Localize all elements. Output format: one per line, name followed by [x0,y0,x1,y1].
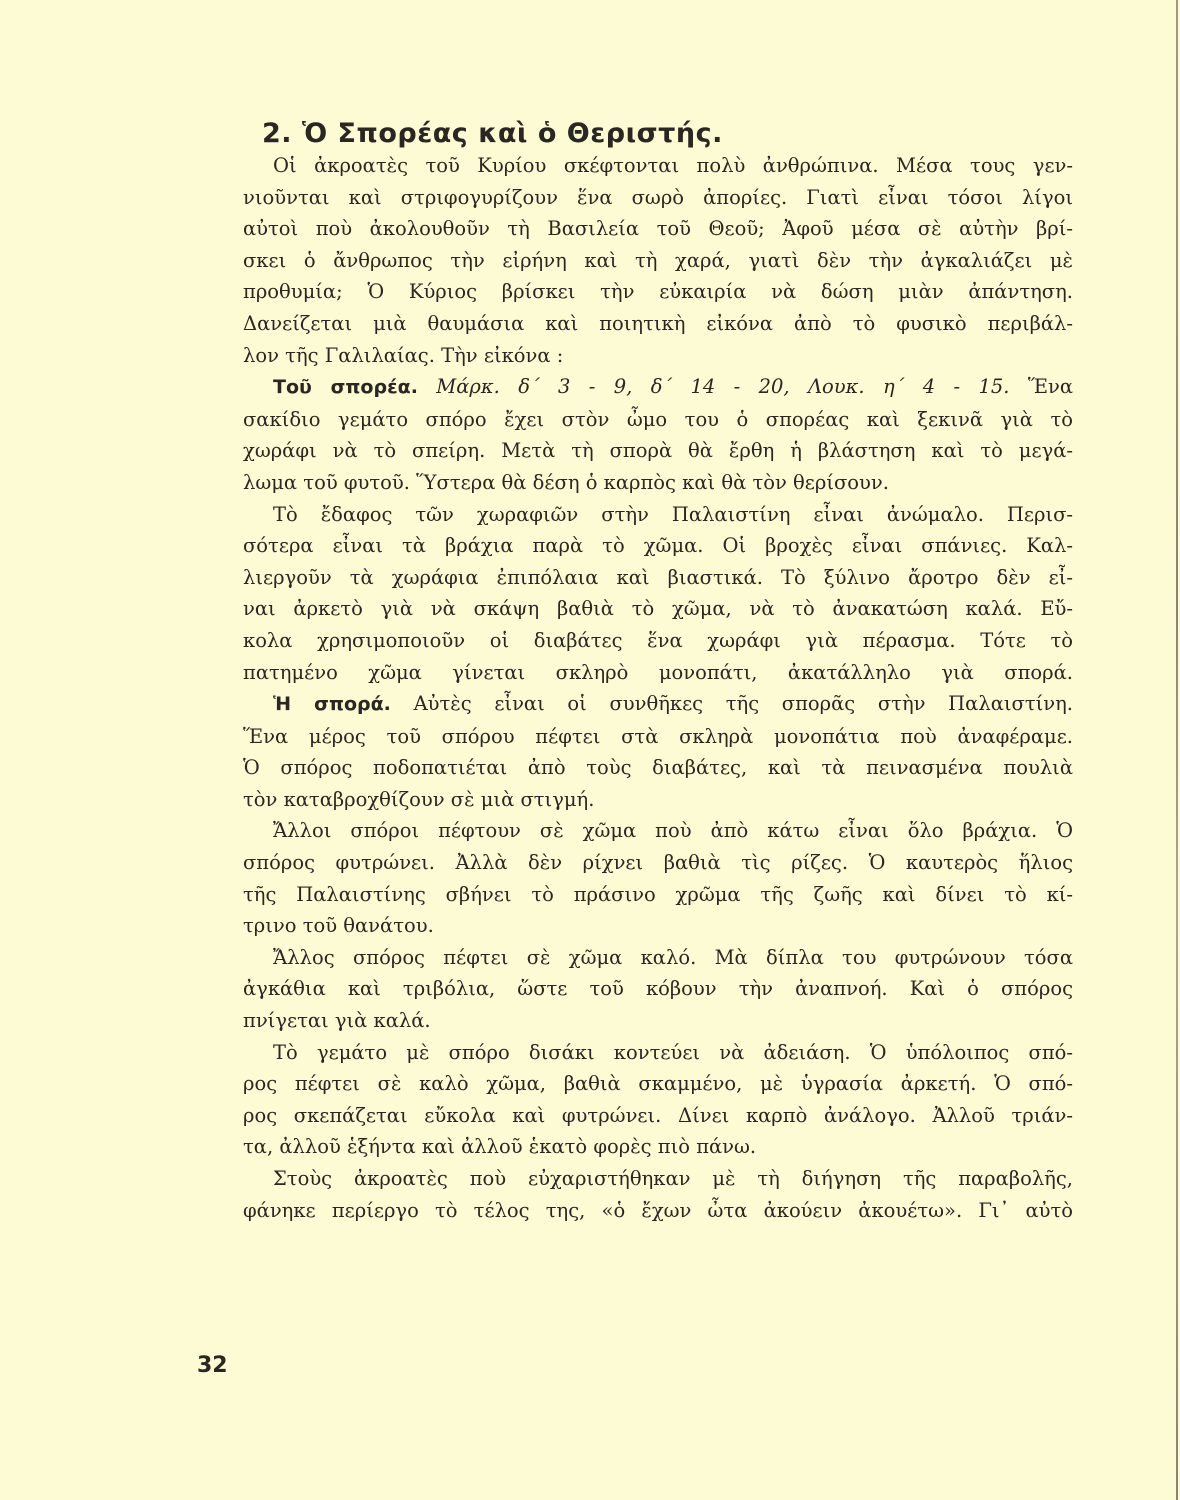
text-line: Ὁ σπόρος ποδοπατιέται ἀπὸ τοὺς διαβάτες,… [243,752,1073,784]
text-line: φάνηκε περίεργο τὸ τέλος της, «ὁ ἔχων ὦτ… [243,1195,1073,1227]
page-number: 32 [197,1353,228,1378]
text-line: αὐτοὶ ποὺ ἀκολουθοῦν τὴ Βασιλεία τοῦ Θεο… [243,213,1073,245]
runin-heading: Τοῦ σπορέα. [273,376,418,398]
text-line: τα, ἀλλοῦ ἑξήντα καὶ ἀλλοῦ ἑκατὸ φορὲς π… [243,1131,1073,1163]
text-fragment: Ἕνα [1028,375,1073,398]
text-line: σότερα εἶναι τὰ βράχια παρὰ τὸ χῶμα. Οἱ … [243,530,1073,562]
text-line: ρος πέφτει σὲ καλὸ χῶμα, βαθιὰ σκαμμένο,… [243,1068,1073,1100]
text-line: λωμα τοῦ φυτοῦ. Ὕστερα θὰ δέση ὁ καρπὸς … [243,467,1073,499]
body-text: Οἱ ἀκροατὲς τοῦ Κυρίου σκέφτονται πολὺ ἀ… [243,150,1073,1226]
text-line: σακίδιο γεμάτο σπόρο ἔχει στὸν ὦμο του ὁ… [243,404,1073,436]
text-line: ρος σκεπάζεται εὔκολα καὶ φυτρώνει. Δίνε… [243,1100,1073,1132]
text-line: κολα χρησιμοποιοῦν οἱ διαβάτες ἕνα χωράφ… [243,625,1073,657]
text-line: Ἕνα μέρος τοῦ σπόρου πέφτει στὰ σκληρὰ μ… [243,721,1073,753]
text-line: Τοῦ σπορέα. Μάρκ. δ΄ 3 - 9, δ΄ 14 - 20, … [243,371,1073,404]
paragraph: Ἄλλος σπόρος πέφτει σὲ χῶμα καλό. Μὰ δίπ… [243,942,1073,1037]
paragraph: Οἱ ἀκροατὲς τοῦ Κυρίου σκέφτονται πολὺ ἀ… [243,150,1073,371]
text-fragment: Αὐτὲς εἶναι οἱ συνθῆκες τῆς σπορᾶς στὴν … [414,692,1073,715]
text-line: πνίγεται γιὰ καλά. [243,1005,1073,1037]
paragraph: Ἄλλοι σπόροι πέφτουν σὲ χῶμα ποὺ ἀπὸ κάτ… [243,815,1073,941]
paragraph: Ἡ σπορά. Αὐτὲς εἶναι οἱ συνθῆκες τῆς σπο… [243,688,1073,815]
text-line: προθυμία; Ὁ Κύριος βρίσκει τὴν εὐκαιρία … [243,276,1073,308]
text-line: σκει ὁ ἄνθρωπος τὴν εἰρήνη καὶ τὴ χαρά, … [243,245,1073,277]
text-line: Ἄλλος σπόρος πέφτει σὲ χῶμα καλό. Μὰ δίπ… [243,942,1073,974]
text-line: τῆς Παλαιστίνης σβήνει τὸ πράσινο χρῶμα … [243,879,1073,911]
text-line: νιοῦνται καὶ στριφογυρίζουν ἕνα σωρὸ ἀπο… [243,182,1073,214]
scripture-reference: Μάρκ. δ΄ 3 - 9, δ΄ 14 - 20, Λουκ. η΄ 4 -… [436,375,1009,398]
paragraph: Τὸ ἔδαφος τῶν χωραφιῶν στὴν Παλαιστίνη ε… [243,499,1073,689]
paragraph: Τοῦ σπορέα. Μάρκ. δ΄ 3 - 9, δ΄ 14 - 20, … [243,371,1073,498]
text-line: τὸν καταβροχθίζουν σὲ μιὰ στιγμή. [243,784,1073,816]
page-edge [1176,0,1178,1500]
text-line: τρινο τοῦ θανάτου. [243,910,1073,942]
text-line: Στοὺς ἀκροατὲς ποὺ εὐχαριστήθηκαν μὲ τὴ … [243,1163,1073,1195]
text-line: Δανείζεται μιὰ θαυμάσια καὶ ποιητικὴ εἰκ… [243,308,1073,340]
text-line: λον τῆς Γαλιλαίας. Τὴν εἰκόνα : [243,340,1073,372]
runin-heading: Ἡ σπορά. [273,693,391,715]
text-line: Ἄλλοι σπόροι πέφτουν σὲ χῶμα ποὺ ἀπὸ κάτ… [243,815,1073,847]
text-line: Τὸ γεμάτο μὲ σπόρο δισάκι κοντεύει νὰ ἀδ… [243,1037,1073,1069]
text-line: πατημένο χῶμα γίνεται σκληρὸ μονοπάτι, ἀ… [243,657,1073,689]
section-heading: 2. Ὁ Σπορέας καὶ ὁ Θεριστής. [262,118,723,149]
text-line: Ἡ σπορά. Αὐτὲς εἶναι οἱ συνθῆκες τῆς σπο… [243,688,1073,721]
paragraph: Στοὺς ἀκροατὲς ποὺ εὐχαριστήθηκαν μὲ τὴ … [243,1163,1073,1226]
text-line: Οἱ ἀκροατὲς τοῦ Κυρίου σκέφτονται πολὺ ἀ… [243,150,1073,182]
paragraph: Τὸ γεμάτο μὲ σπόρο δισάκι κοντεύει νὰ ἀδ… [243,1037,1073,1163]
text-line: ναι ἀρκετὸ γιὰ νὰ σκάψη βαθιὰ τὸ χῶμα, ν… [243,593,1073,625]
text-line: Τὸ ἔδαφος τῶν χωραφιῶν στὴν Παλαιστίνη ε… [243,499,1073,531]
text-line: χωράφι νὰ τὸ σπείρη. Μετὰ τὴ σπορὰ θὰ ἔρ… [243,435,1073,467]
text-line: λιεργοῦν τὰ χωράφια ἐπιπόλαια καὶ βιαστι… [243,562,1073,594]
text-line: ἀγκάθια καὶ τριβόλια, ὥστε τοῦ κόβουν τὴ… [243,973,1073,1005]
text-line: σπόρος φυτρώνει. Ἀλλὰ δὲν ρίχνει βαθιὰ τ… [243,847,1073,879]
